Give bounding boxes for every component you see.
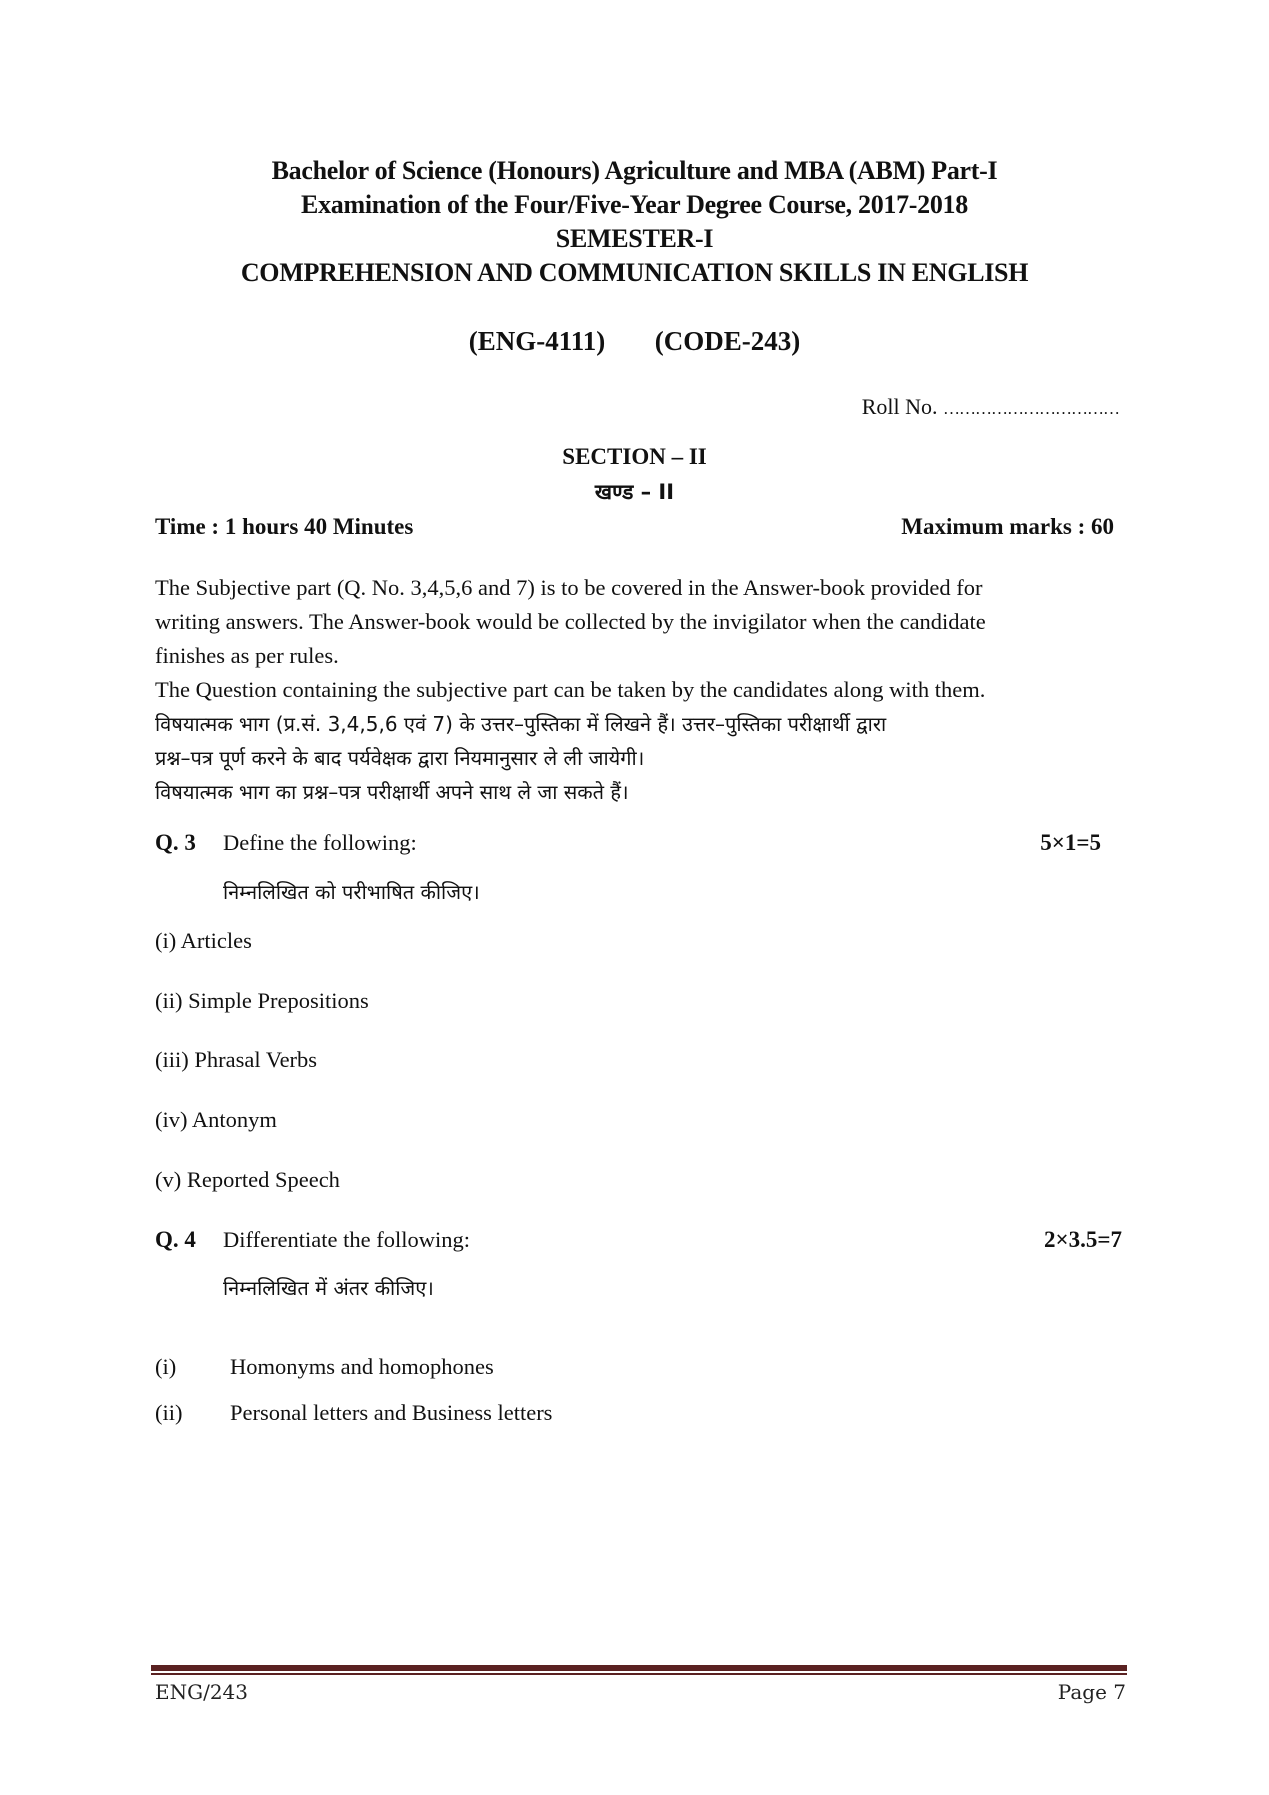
instruction-line-hindi: विषयात्मक भाग का प्रश्न–पत्र परीक्षार्थी…: [155, 775, 1115, 809]
question-4-item-label: (i): [155, 1354, 176, 1380]
course-codes: (ENG-4111) (CODE-243): [0, 326, 1269, 357]
question-3-number: Q. 3: [155, 830, 196, 856]
roll-number-label: Roll No.: [862, 394, 938, 419]
paper-code: (CODE-243): [655, 326, 800, 357]
question-4-item-label: (ii): [155, 1400, 183, 1426]
question-3-item: (i) Articles: [155, 928, 252, 954]
instruction-line: finishes as per rules.: [155, 639, 1115, 673]
question-3-item: (v) Reported Speech: [155, 1167, 340, 1193]
page-number: Page 7: [1058, 1680, 1126, 1704]
instruction-line: The Question containing the subjective p…: [155, 673, 1115, 707]
footer-rule-thin: [151, 1673, 1127, 1675]
question-3-text: Define the following:: [223, 830, 417, 856]
instruction-line-hindi: प्रश्न–पत्र पूर्ण करने के बाद पर्यवेक्षक…: [155, 741, 1115, 775]
question-4-hindi: निम्नलिखित में अंतर कीजिए।: [223, 1274, 434, 1301]
exam-title-line-2: Examination of the Four/Five-Year Degree…: [0, 188, 1269, 222]
question-4-item-text: Personal letters and Business letters: [230, 1400, 552, 1426]
question-4-marks: 2×3.5=7: [1044, 1227, 1122, 1253]
exam-duration: Time : 1 hours 40 Minutes: [155, 514, 413, 540]
instructions: The Subjective part (Q. No. 3,4,5,6 and …: [155, 571, 1115, 809]
instruction-line: The Subjective part (Q. No. 3,4,5,6 and …: [155, 571, 1115, 605]
question-3-marks: 5×1=5: [1040, 830, 1101, 856]
section-heading-hindi: खण्ड – II: [0, 478, 1269, 506]
semester-label: SEMESTER-I: [0, 222, 1269, 256]
instruction-line: writing answers. The Answer-book would b…: [155, 605, 1115, 639]
question-4-text: Differentiate the following:: [223, 1227, 470, 1253]
roll-number-blank: ……………………………: [943, 399, 1119, 418]
maximum-marks: Maximum marks : 60: [901, 514, 1114, 540]
subject-title: COMPREHENSION AND COMMUNICATION SKILLS I…: [0, 256, 1269, 290]
course-code: (ENG-4111): [469, 326, 606, 357]
roll-number-field: Roll No. ……………………………: [862, 394, 1119, 420]
question-4-number: Q. 4: [155, 1227, 196, 1253]
instruction-line-hindi: विषयात्मक भाग (प्र.सं. 3,4,5,6 एवं 7) के…: [155, 707, 1115, 741]
section-heading: SECTION – II: [0, 444, 1269, 470]
exam-title-line-1: Bachelor of Science (Honours) Agricultur…: [0, 154, 1269, 188]
question-4-item-text: Homonyms and homophones: [230, 1354, 494, 1380]
question-3-item: (iv) Antonym: [155, 1107, 277, 1133]
footer-rule: [151, 1665, 1127, 1671]
footer-paper-code: ENG/243: [155, 1680, 248, 1704]
question-3-item: (ii) Simple Prepositions: [155, 988, 369, 1014]
question-3-hindi: निम्नलिखित को परीभाषित कीजिए।: [223, 878, 480, 905]
question-3-item: (iii) Phrasal Verbs: [155, 1047, 317, 1073]
